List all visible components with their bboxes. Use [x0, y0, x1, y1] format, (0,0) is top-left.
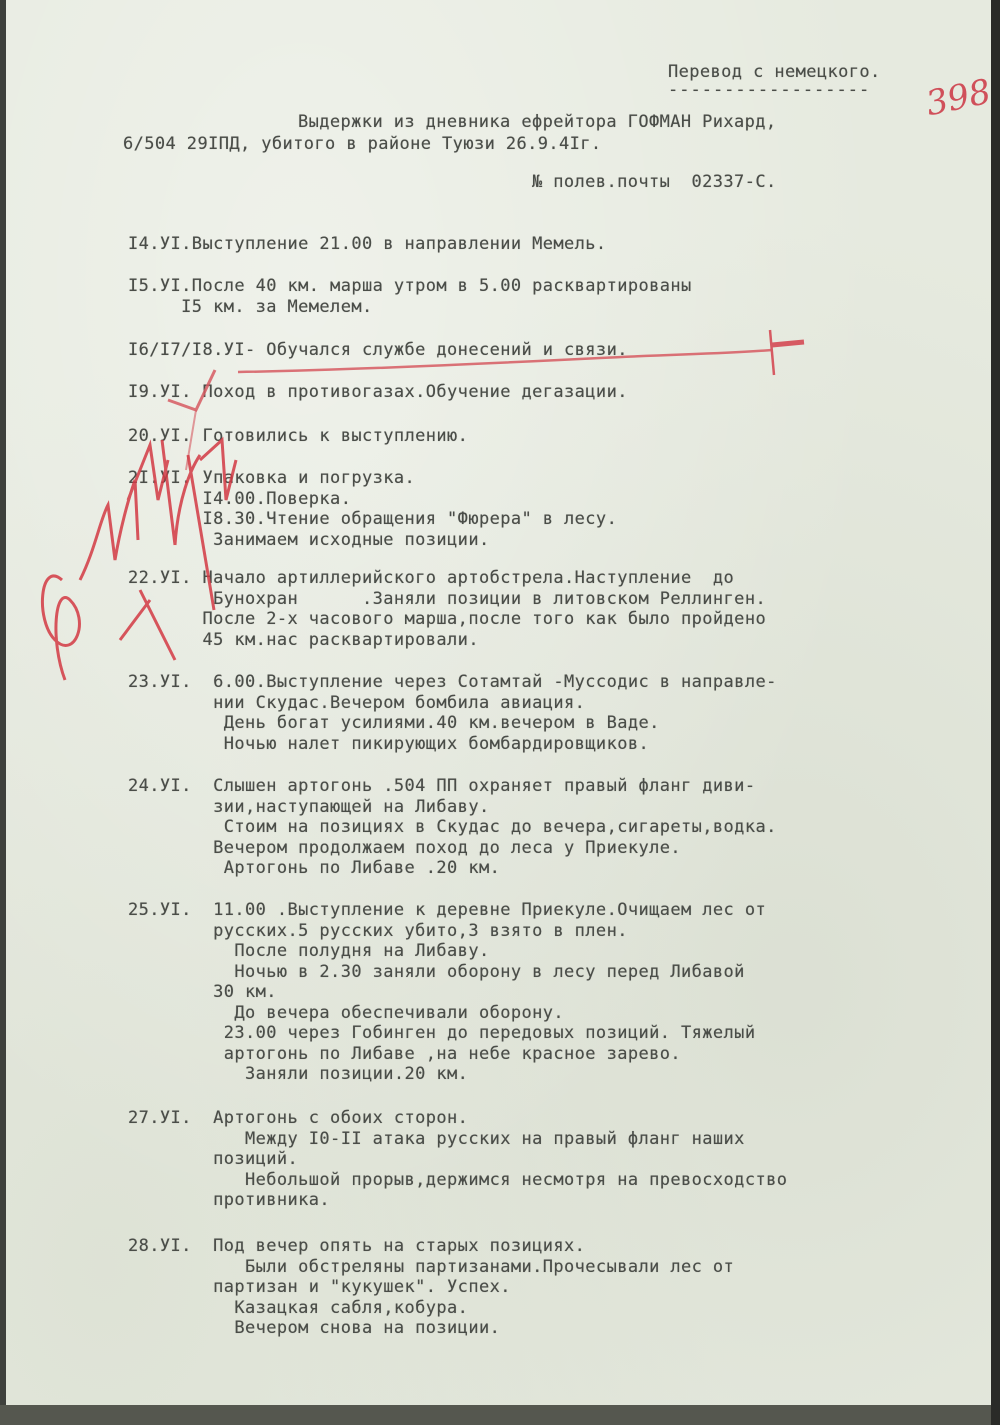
diary-entry-line: 30 км. — [128, 982, 277, 1002]
diary-entry-first-line: I4.УI.Выступление 21.00 в направлении Ме… — [128, 234, 607, 254]
diary-entry-first-line: I6/I7/I8.УI- Обучался службе донесений и… — [128, 340, 628, 360]
diary-entry-first-line: 24.УI. Слышен артогонь .504 ПП охраняет … — [128, 776, 755, 796]
diary-entry-line: Артогонь по Либаве .20 км. — [128, 858, 500, 878]
diary-entry-line: Стоим на позициях в Скудас до вечера,сиг… — [128, 817, 777, 837]
diary-entry-line: После полудня на Либаву. — [128, 941, 490, 961]
scan-background-bottom — [0, 1405, 1000, 1425]
diary-entry-first-line: 20.УI. Готовились к выступлению. — [128, 426, 468, 446]
diary-entry-first-line: 27.УI. Артогонь с обоих сторон. — [128, 1108, 468, 1128]
diary-entry-line: русских.5 русских убито,3 взято в плен. — [128, 921, 628, 941]
diary-entry-line: 23.00 через Гобинген до передовых позици… — [128, 1023, 755, 1043]
diary-entry-line: Между I0-II атака русских на правый флан… — [128, 1129, 745, 1149]
diary-entry-line: зии,наступающей на Либаву. — [128, 797, 490, 817]
document-subtitle-line2: 6/504 29IПД, убитого в районе Туюзи 26.9… — [123, 134, 602, 154]
scan-background-right — [991, 0, 1000, 1425]
diary-entry-first-line: 2I.УI. Упаковка и погрузка. — [128, 468, 415, 488]
document-subtitle-line1: Выдержки из дневника ефрейтора ГОФМАН Ри… — [298, 112, 777, 132]
diary-entry-line: I5 км. за Мемелем. — [128, 297, 373, 317]
diary-entry-line: День богат усилиями.40 км.вечером в Ваде… — [128, 713, 660, 733]
diary-entry-first-line: 22.УI. Начало артиллерийского артобстрел… — [128, 568, 734, 588]
diary-entry-line: Казацкая сабля,кобура. — [128, 1298, 468, 1318]
field-post-number: № полев.почты 02337-С. — [532, 172, 777, 192]
diary-entry-line: Бунохран .Заняли позиции в литовском Рел… — [128, 589, 766, 609]
diary-entry-line: I8.30.Чтение обращения "Фюрера" в лесу. — [128, 509, 617, 529]
diary-entry-line: партизан и "кукушек". Успех. — [128, 1277, 511, 1297]
diary-entry-line: артогонь по Либаве ,на небе красное заре… — [128, 1044, 681, 1064]
diary-entry-line: Небольшой прорыв,держимся несмотря на пр… — [128, 1170, 787, 1190]
document-title: Перевод с немецкого. — [668, 62, 881, 82]
diary-entry-line: Вечером снова на позиции. — [128, 1318, 500, 1338]
diary-entry-line: Ночью налет пикирующих бомбардировщиков. — [128, 734, 649, 754]
diary-entry-first-line: I5.УI.После 40 км. марша утром в 5.00 ра… — [128, 276, 692, 296]
diary-entry-first-line: I9.УI. Поход в противогазах.Обучение дег… — [128, 382, 628, 402]
diary-entry-line: противника. — [128, 1190, 330, 1210]
diary-entry-line: позиций. — [128, 1149, 298, 1169]
diary-entry-first-line: 25.УI. 11.00 .Выступление к деревне Прие… — [128, 900, 766, 920]
diary-entry-line: Вечером продолжаем поход до леса у Приек… — [128, 838, 681, 858]
diary-entry-line: I4.00.Поверка. — [128, 489, 351, 509]
diary-entry-line: 45 км.нас расквартировали. — [128, 630, 479, 650]
diary-entry-line: После 2-х часового марша,после того как … — [128, 609, 766, 629]
diary-entry-line: нии Скудас.Вечером бомбила авиация. — [128, 693, 585, 713]
diary-entry-first-line: 23.УI. 6.00.Выступление через Сотамтай -… — [128, 672, 777, 692]
title-underline: ------------------ — [668, 80, 870, 100]
diary-entry-first-line: 28.УI. Под вечер опять на старых позиция… — [128, 1236, 585, 1256]
diary-entry-line: Занимаем исходные позиции. — [128, 530, 490, 550]
diary-entry-line: Ночью в 2.30 заняли оборону в лесу перед… — [128, 962, 745, 982]
diary-entry-line: Заняли позиции.20 км. — [128, 1064, 468, 1084]
diary-entry-line: Были обстреляны партизанами.Прочесывали … — [128, 1257, 734, 1277]
diary-entry-line: До вечера обеспечивали оборону. — [128, 1003, 564, 1023]
